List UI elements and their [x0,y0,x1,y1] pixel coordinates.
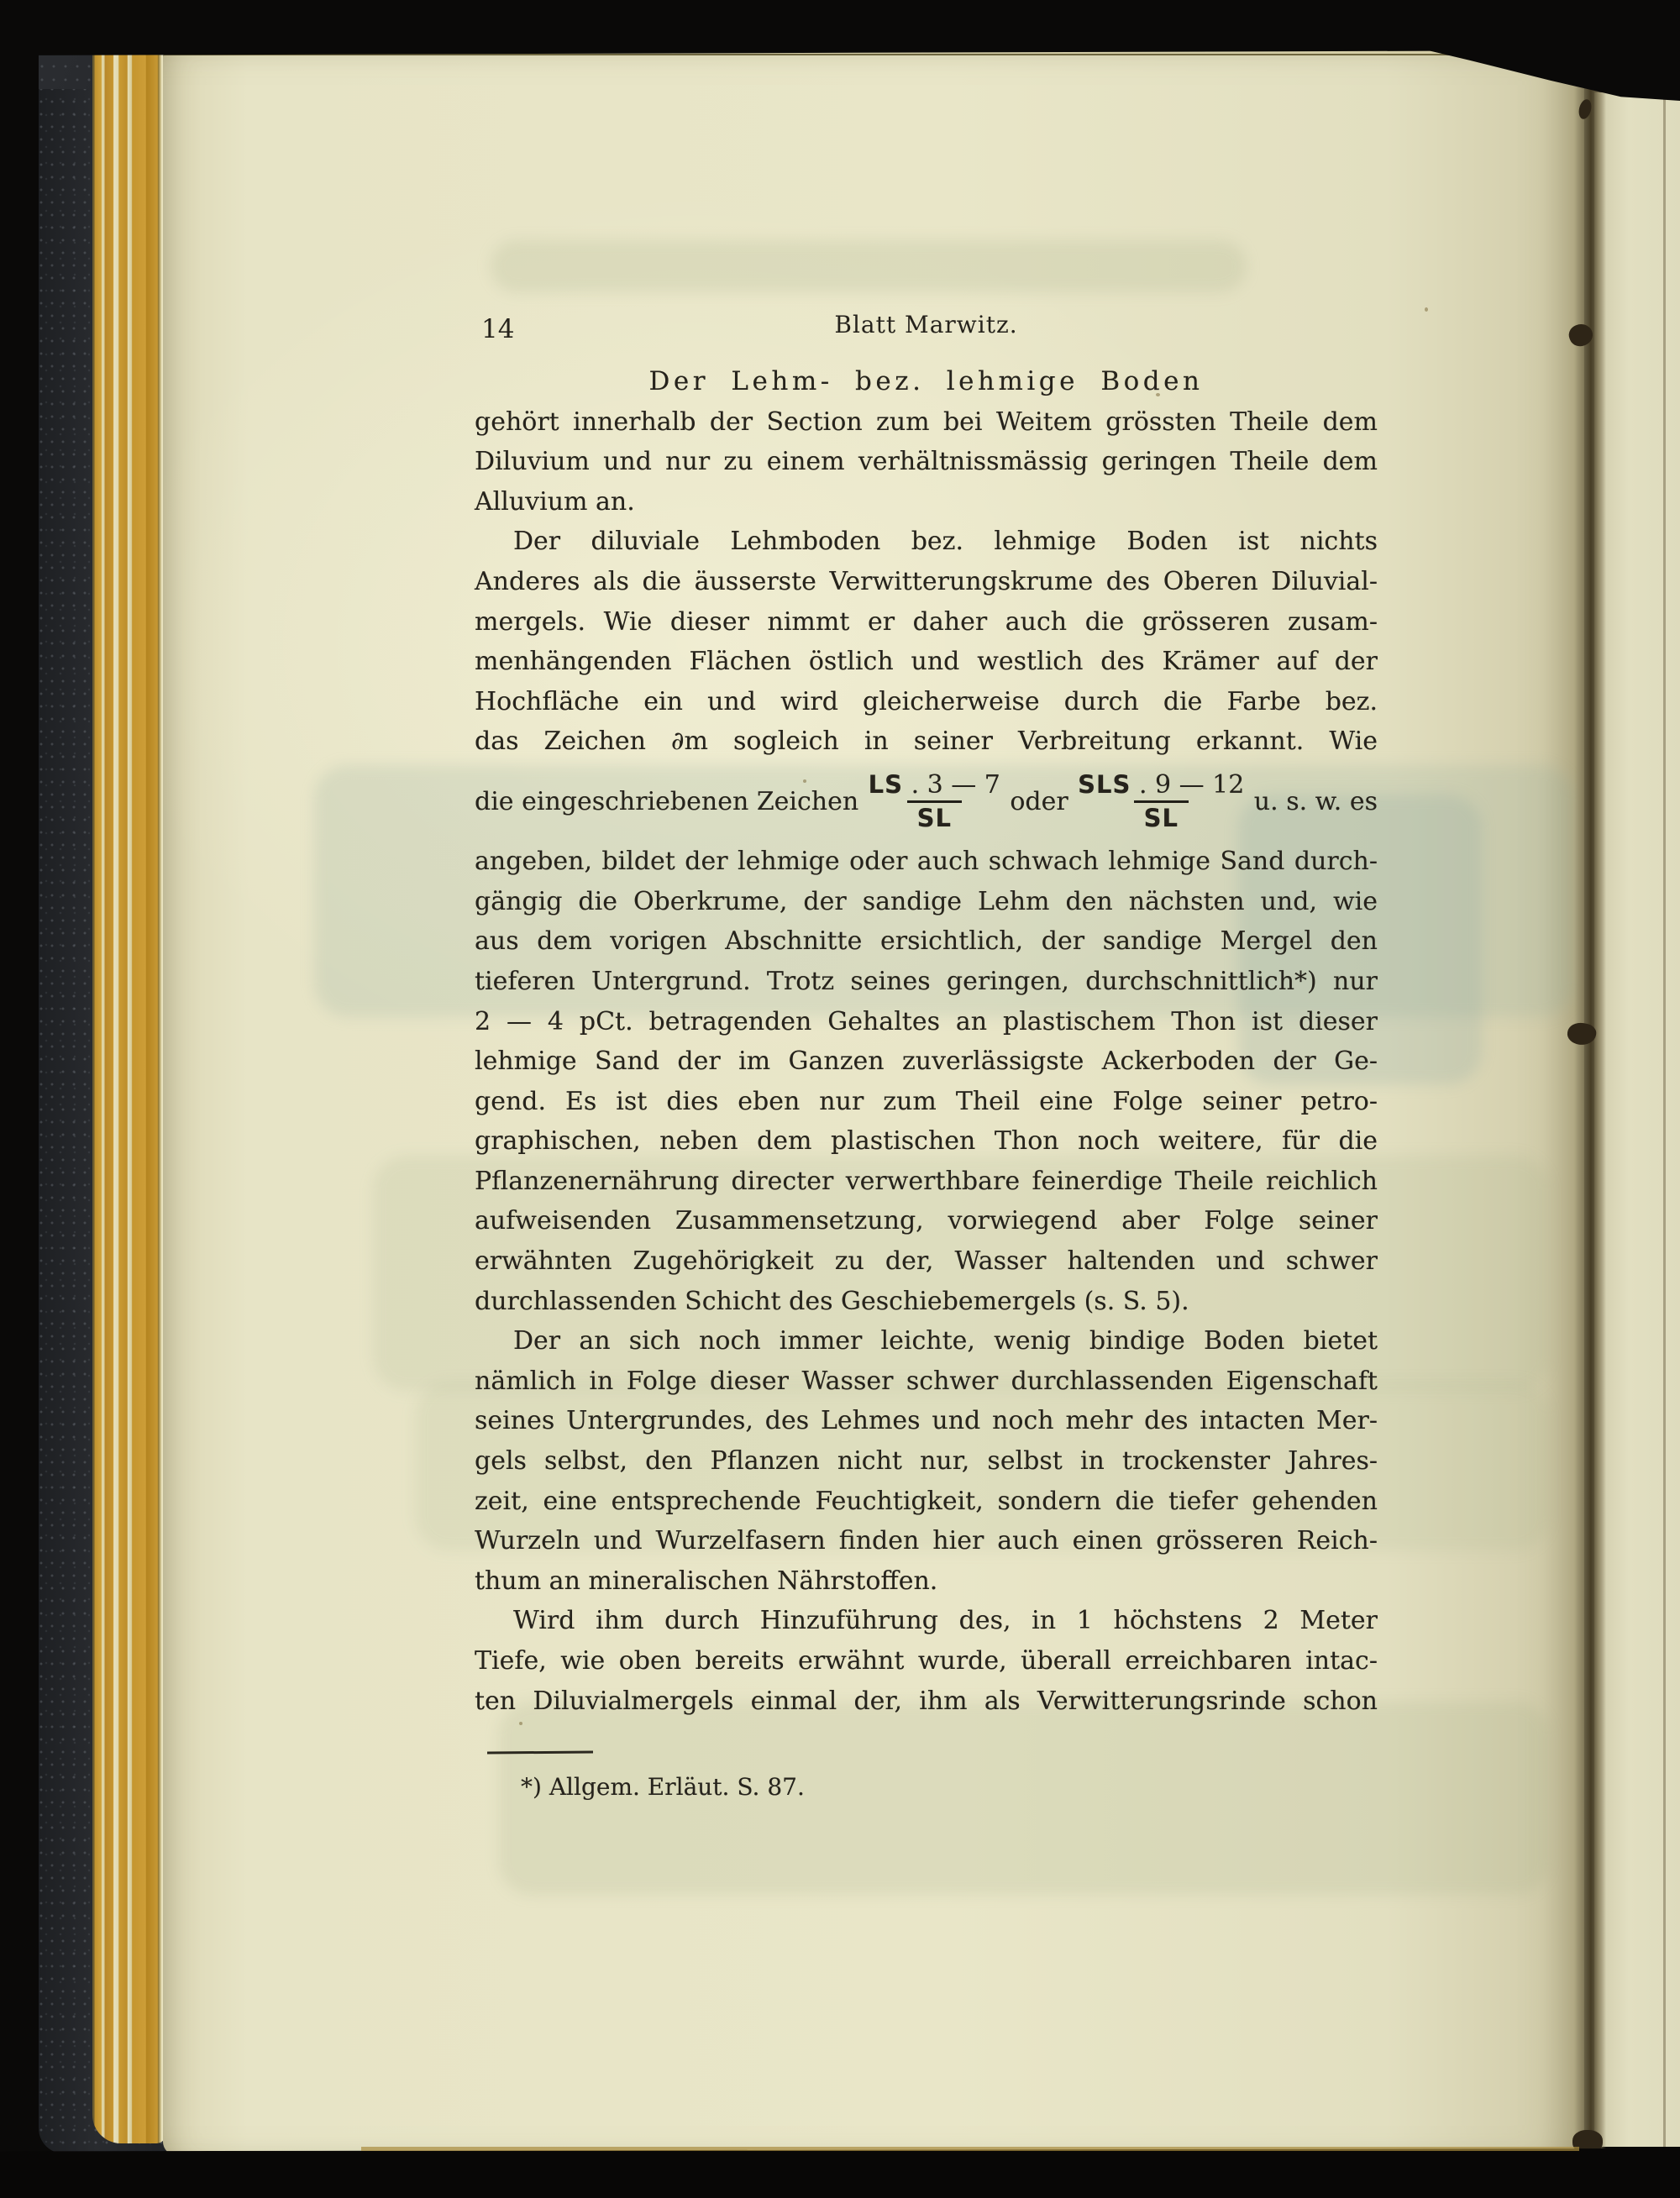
paragraph-lines: angeben, bildet der lehmige oder auch sc… [475,842,1378,1721]
text-line: gels selbst, den Pflanzen nicht nur, sel… [475,1441,1378,1482]
book-page: 14 Blatt Marwitz. Der Lehm- bez. lehmige… [163,54,1584,2155]
text-line: Tiefe, wie oben bereits erwähnt wurde, ü… [475,1641,1378,1681]
text-line: durchlassenden Schicht des Geschiebemerg… [475,1282,1378,1322]
text-line: aufweisenden Zusammensetzung, vorwiegend… [475,1201,1378,1241]
gilt-page-edges [92,34,166,2143]
text-line: das Zeichen ∂m sogleich in seiner Verbre… [475,721,1378,762]
text-line: Pflanzenernährung directer verwerthbare … [475,1162,1378,1202]
text-line: gend. Es ist dies eben nur zum Theil ein… [475,1082,1378,1122]
paper-speck [519,1722,522,1725]
footnote: *) Allgem. Erläut. S. 87. [521,1773,805,1801]
gutter-shadow [1574,54,1606,2148]
text-line: thum an mineralischen Nährstoffen. [475,1561,1378,1602]
text-line: Hochfläche ein und wird gleicherweise du… [475,682,1378,722]
formula-pre: die eingeschriebenen Zeichen [475,782,858,822]
text-line: nämlich in Folge dieser Wasser schwer du… [475,1361,1378,1402]
page-header: 14 Blatt Marwitz. [475,311,1378,344]
running-title: Blatt Marwitz. [475,311,1378,338]
text-line: lehmige Sand der im Ganzen zuverlässigst… [475,1041,1378,1082]
footnote-rule [487,1750,593,1754]
paper-speck [1425,307,1428,312]
section-heading: Der Lehm- bez. lehmige Boden [475,362,1378,402]
soil-symbol: SLS [1078,770,1131,799]
text-line: gängig die Oberkrume, der sandige Lehm d… [475,882,1378,922]
formula-oder: oder [1010,782,1068,822]
text-line: angeben, bildet der lehmige oder auch sc… [475,842,1378,882]
text-line: aus dem vorigen Abschnitte ersichtlich, … [475,921,1378,962]
text-line: menhängenden Flächen östlich und westlic… [475,642,1378,682]
photo-bottom-edge [0,2148,1680,2198]
fraction-value: . 3 — 7 [903,770,1000,800]
text-line: Anderes als die äusserste Verwitterungsk… [475,562,1378,602]
fraction-1: LS . 3 — 7 SL [864,772,1005,832]
text-line: 2 — 4 pCt. betragenden Gehaltes an plast… [475,1002,1378,1042]
text-line: Der diluviale Lehmboden bez. lehmige Bod… [475,522,1378,562]
book-photo: 14 Blatt Marwitz. Der Lehm- bez. lehmige… [0,0,1680,2198]
formula-post: u. s. w. es [1254,782,1378,822]
text-line: ten Diluvialmergels einmal der, ihm als … [475,1681,1378,1722]
fraction-value: . 9 — 12 [1131,770,1244,800]
text-block: Der Lehm- bez. lehmige Boden gehört inne… [475,362,1378,1721]
text-line: tieferen Untergrund. Trotz seines gering… [475,962,1378,1002]
bottom-gilt-edge [361,2147,1579,2151]
facing-page-crease [1663,92,1666,2147]
text-line: erwähnten Zugehörigkeit zu der, Wasser h… [475,1241,1378,1282]
soil-symbol: SL [917,804,952,832]
text-line: Wird ihm durch Hinzuführung des, in 1 hö… [475,1601,1378,1641]
formula-line: die eingeschriebenen Zeichen LS . 3 — 7 … [475,762,1378,842]
soil-symbol: LS [869,770,903,799]
soil-symbol: SL [1144,804,1179,832]
text-line: Alluvium an. [475,482,1378,522]
text-line: mergels. Wie dieser nimmt er daher auch … [475,602,1378,643]
fraction-2: SLS . 9 — 12 SL [1073,772,1249,832]
text-line: zeit, eine entsprechende Feuchtigkeit, s… [475,1482,1378,1522]
show-through [491,240,1247,292]
text-line: gehört innerhalb der Section zum bei Wei… [475,402,1378,443]
text-line: Wurzeln und Wurzelfasern finden hier auc… [475,1521,1378,1561]
text-line: graphischen, neben dem plastischen Thon … [475,1121,1378,1162]
paragraph-lines: gehört innerhalb der Section zum bei Wei… [475,402,1378,762]
text-line: seines Untergrundes, des Lehmes und noch… [475,1401,1378,1441]
facing-page [1594,92,1680,2147]
text-line: Der an sich noch immer leichte, wenig bi… [475,1321,1378,1361]
text-line: Diluvium und nur zu einem verhältnissmäs… [475,442,1378,482]
